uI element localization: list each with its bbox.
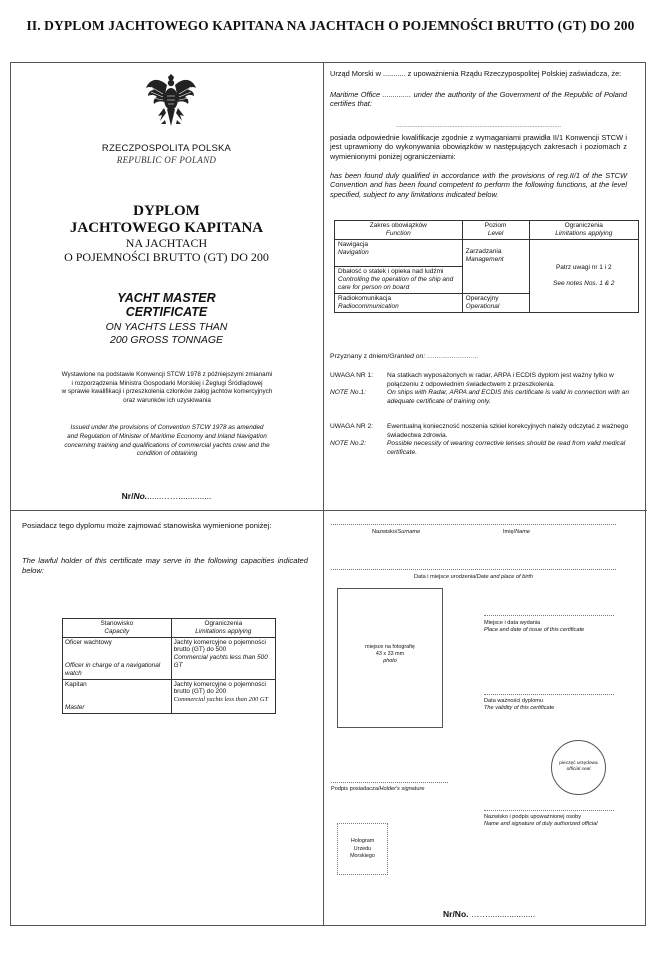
level-cell: ZarzadzaniaManagement bbox=[462, 240, 529, 294]
name-label-en: Name bbox=[515, 529, 530, 535]
validity-label-pl: Data ważności dyplomu bbox=[484, 698, 554, 705]
capacity-en: Master bbox=[65, 704, 169, 712]
note-row-en: NOTE No.1:On ships with Radar, ARPA and … bbox=[330, 389, 630, 406]
vertical-fold-divider bbox=[323, 62, 324, 926]
granted-label-pl: Przyznany z dniem/ bbox=[330, 353, 389, 360]
header-en: Limitations applying bbox=[533, 230, 635, 238]
official-line bbox=[484, 810, 614, 811]
function-en: Controlling the operation of the ship an… bbox=[338, 276, 459, 292]
level-en: Operational bbox=[466, 303, 526, 311]
header-pl: Poziom bbox=[466, 222, 526, 230]
photo-caption-line: miejsce na fotografię bbox=[338, 644, 442, 651]
horizontal-page-divider bbox=[10, 510, 647, 511]
function-cell: NawigacjaNavigation bbox=[335, 240, 463, 267]
issued-en-line: condition of obtaining bbox=[18, 450, 316, 459]
issued-basis-en: Issued under the provisions of Conventio… bbox=[18, 424, 316, 459]
header-en: Capacity bbox=[65, 628, 169, 636]
name-label-pl: Imię/ bbox=[503, 529, 515, 535]
note-label-pl: UWAGA NR 1: bbox=[330, 372, 387, 389]
number-value: …….................... bbox=[469, 909, 536, 919]
polish-eagle-emblem-icon bbox=[143, 70, 199, 130]
header-en: Limitations applying bbox=[174, 628, 273, 636]
function-pl: Radiokomunikacja bbox=[338, 295, 459, 303]
official-label: Nazwisko i podpis upoważnionej osobyName… bbox=[484, 814, 598, 828]
capacities-intro-pl: Posiadacz tego dyplomu może zajmować sta… bbox=[22, 521, 308, 531]
limit-en: Commercial yachts less than 500 GT bbox=[174, 654, 273, 670]
note-row-pl: UWAGA NR 2:Ewentualną konieczność noszen… bbox=[330, 423, 630, 440]
issue-label-en: Place and date of issue of this certific… bbox=[484, 627, 584, 634]
functions-table: Zakres obowiązkówFunction PoziomLevel Og… bbox=[334, 220, 639, 313]
official-seal-placeholder: pieczęć urzędowaofficial seal bbox=[551, 740, 606, 795]
note-2: UWAGA NR 2:Ewentualną konieczność noszen… bbox=[330, 423, 630, 457]
note-row-en: NOTE No.2:Possible necessity of wearing … bbox=[330, 440, 630, 457]
title-en-line4: 200 GROSS TONNAGE bbox=[10, 334, 323, 346]
header-en: Function bbox=[338, 230, 459, 238]
issue-label: Miejsce i data wydaniaPlace and date of … bbox=[484, 620, 584, 634]
note-label-en: NOTE No.2: bbox=[330, 440, 387, 457]
limit-pl: Jachty komercyjne o pojemności brutto (G… bbox=[174, 639, 273, 655]
issued-pl-line: oraz warunków ich uzyskiwania bbox=[18, 397, 316, 406]
number-label-pl: Nr/ bbox=[122, 491, 134, 501]
birth-label-en: Date and place of birth bbox=[477, 574, 533, 580]
capacity-pl: Kapitan bbox=[65, 681, 169, 689]
issue-label-pl: Miejsce i data wydania bbox=[484, 620, 584, 627]
holder-name-dots: ........................................… bbox=[330, 123, 627, 129]
function-cell: RadiokomunikacjaRadiocommunication bbox=[335, 294, 463, 313]
note-label-en: NOTE No.1: bbox=[330, 389, 387, 406]
page-title: II. DYPLOM JACHTOWEGO KAPITANA NA JACHTA… bbox=[0, 18, 661, 34]
issued-pl-line: i rozporządzenia Ministra Gospodarki Mor… bbox=[18, 380, 316, 389]
level-pl: Operacyjny bbox=[466, 295, 526, 303]
country-name-pl: RZECZPOSPOLITA POLSKA bbox=[10, 143, 323, 154]
surname-name-line bbox=[331, 524, 616, 525]
level-cell: OperacyjnyOperational bbox=[462, 294, 529, 313]
title-en-line3: ON YACHTS LESS THAN bbox=[10, 321, 323, 333]
seal-en: official seal bbox=[552, 767, 605, 773]
photo-placeholder: miejsce na fotografię 43 x 33 mm photo bbox=[337, 588, 443, 728]
official-label-en: Name and signature of duly authorized of… bbox=[484, 821, 598, 828]
granted-label-en: Granted on: bbox=[389, 353, 425, 360]
qualified-text-en: has been found duly qualified in accorda… bbox=[330, 171, 627, 199]
certification-intro-pl: Urząd Morski w ........... z upoważnieni… bbox=[330, 69, 627, 78]
functions-table-header: Zakres obowiązkówFunction PoziomLevel Og… bbox=[335, 221, 639, 240]
birth-line bbox=[331, 569, 616, 570]
header-pl: Zakres obowiązków bbox=[338, 222, 459, 230]
issued-pl-line: w sprawie kwalifikacji i przeszkolenia c… bbox=[18, 388, 316, 397]
issued-en-line: concerning training and qualifications o… bbox=[18, 442, 316, 451]
function-pl: Dbałość o statek i opieka nad ludźmi bbox=[338, 268, 459, 276]
signature-label: Podpis posiadacza/Holder's signature bbox=[331, 786, 424, 793]
note-label-pl: UWAGA NR 2: bbox=[330, 423, 387, 440]
granted-dots: ........................... bbox=[425, 353, 478, 360]
number-label-en: No. bbox=[133, 491, 147, 501]
hologram-line: Urzedu bbox=[338, 846, 387, 854]
title-pl-line4: O POJEMNOŚCI BRUTTO (GT) DO 200 bbox=[10, 250, 323, 265]
limitations-cell: Patrz uwagi nr 1 i 2See notes Nos. 1 & 2 bbox=[529, 240, 638, 313]
note-text-pl: Ewentualną konieczność noszenia szkieł k… bbox=[387, 423, 630, 440]
limit-cell: Jachty komercyjne o pojemności brutto (G… bbox=[171, 637, 275, 679]
name-label: Imię/Name bbox=[503, 529, 530, 536]
hologram-line: Hologram bbox=[338, 838, 387, 846]
certificate-number-back: Nr/No. …….................... bbox=[443, 909, 535, 919]
limitations-en: See notes Nos. 1 & 2 bbox=[533, 280, 635, 288]
granted-on: Przyznany z dniem/Granted on: ..........… bbox=[330, 353, 478, 360]
photo-caption-line: 43 x 33 mm bbox=[338, 651, 442, 658]
function-en: Navigation bbox=[338, 249, 459, 257]
issued-en-line: Issued under the provisions of Conventio… bbox=[18, 424, 316, 433]
title-pl-line2: JACHTOWEGO KAPITANA bbox=[10, 220, 323, 237]
header-function: Zakres obowiązkówFunction bbox=[335, 221, 463, 240]
title-en-line1: YACHT MASTER bbox=[10, 291, 323, 305]
header-pl: Stanowisko bbox=[65, 620, 169, 628]
hologram-caption: Hologram Urzedu Morskiego bbox=[338, 838, 387, 861]
level-en: Management bbox=[466, 256, 526, 264]
surname-label: Nazwisko/Surname bbox=[372, 529, 420, 536]
number-label: Nr/No. bbox=[443, 909, 469, 919]
signature-label-en: Holder's signature bbox=[380, 786, 425, 792]
issued-basis-pl: Wystawione na podstawie Konwencji STCW 1… bbox=[18, 371, 316, 405]
birth-label-pl: Data i miejsce urodzenia/ bbox=[414, 574, 477, 580]
issued-pl-line: Wystawione na podstawie Konwencji STCW 1… bbox=[18, 371, 316, 380]
limit-cell: Jachty komercyjne o pojemności brutto (G… bbox=[171, 679, 275, 713]
signature-label-pl: Podpis posiadacza/ bbox=[331, 786, 380, 792]
surname-label-en: Surname bbox=[398, 529, 421, 535]
function-cell: Dbałość o statek i opieka nad ludźmiCont… bbox=[335, 267, 463, 294]
hologram-placeholder: Hologram Urzedu Morskiego bbox=[337, 823, 388, 875]
photo-caption: miejsce na fotografię 43 x 33 mm photo bbox=[338, 644, 442, 665]
number-value: ......…….............. bbox=[147, 491, 211, 501]
header-limitations: OgraniczeniaLimitations applying bbox=[171, 619, 275, 638]
signature-line bbox=[331, 782, 448, 783]
limit-pl: Jachty komercyjne o pojemności brutto (G… bbox=[174, 681, 273, 697]
note-text-en: Possible necessity of wearing corrective… bbox=[387, 440, 630, 457]
capacity-cell: Oficer wachtowy Officer in charge of a n… bbox=[63, 637, 172, 679]
capacities-intro-en: The lawful holder of this certificate ma… bbox=[22, 556, 308, 575]
capacity-cell: Kapitan Master bbox=[63, 679, 172, 713]
header-pl: Ograniczenia bbox=[533, 222, 635, 230]
header-level: PoziomLevel bbox=[462, 221, 529, 240]
function-en: Radiocommunication bbox=[338, 303, 459, 311]
birth-label: Data i miejsce urodzenia/Date and place … bbox=[331, 574, 616, 581]
official-label-pl: Nazwisko i podpis upoważnionej osoby bbox=[484, 814, 598, 821]
validity-label-en: The validity of this certificate bbox=[484, 705, 554, 712]
table-row: NawigacjaNavigation ZarzadzaniaManagemen… bbox=[335, 240, 639, 267]
header-capacity: StanowiskoCapacity bbox=[63, 619, 172, 638]
validity-line bbox=[484, 694, 614, 695]
title-en-line2: CERTIFICATE bbox=[10, 305, 323, 319]
validity-label: Data ważności dyplomuThe validity of thi… bbox=[484, 698, 554, 712]
header-pl: Ograniczenia bbox=[174, 620, 273, 628]
note-text-pl: Na statkach wyposażonych w radar, ARPA i… bbox=[387, 372, 630, 389]
function-pl: Nawigacja bbox=[338, 241, 459, 249]
header-en: Level bbox=[466, 230, 526, 238]
country-name-en: REPUBLIC OF POLAND bbox=[10, 155, 323, 165]
title-pl-line1: DYPLOM bbox=[10, 203, 323, 220]
capacity-pl: Oficer wachtowy bbox=[65, 639, 169, 647]
note-1: UWAGA NR 1:Na statkach wyposażonych w ra… bbox=[330, 372, 630, 406]
photo-caption-line: photo bbox=[338, 658, 442, 665]
table-row: Oficer wachtowy Officer in charge of a n… bbox=[63, 637, 276, 679]
capacities-table-header: StanowiskoCapacity OgraniczeniaLimitatio… bbox=[63, 619, 276, 638]
capacity-en: Officer in charge of a navigational watc… bbox=[65, 662, 169, 678]
certificate-number-cover: Nr/No.......…….............. bbox=[10, 491, 323, 501]
limit-en: Commercial yachts less than 200 GT bbox=[174, 696, 273, 704]
capacities-table: StanowiskoCapacity OgraniczeniaLimitatio… bbox=[62, 618, 276, 714]
seal-caption: pieczęć urzędowaofficial seal bbox=[552, 761, 605, 773]
note-text-en: On ships with Radar, ARPA and ECDIS this… bbox=[387, 389, 630, 406]
header-limitations: OgraniczeniaLimitations applying bbox=[529, 221, 638, 240]
table-row: Kapitan Master Jachty komercyjne o pojem… bbox=[63, 679, 276, 713]
title-pl-line3: NA JACHTACH bbox=[10, 236, 323, 251]
limitations-pl: Patrz uwagi nr 1 i 2 bbox=[533, 264, 635, 272]
certification-intro-en: Maritime Office .............. under the… bbox=[330, 90, 627, 109]
qualified-text-pl: posiada odpowiednie kwalifikacje zgodnie… bbox=[330, 133, 627, 161]
issue-line bbox=[484, 615, 614, 616]
surname-label-pl: Nazwisko/ bbox=[372, 529, 398, 535]
issued-en-line: and Regulation of Minister of Maritime E… bbox=[18, 433, 316, 442]
hologram-line: Morskiego bbox=[338, 853, 387, 861]
level-pl: Zarzadzania bbox=[466, 248, 526, 256]
note-row-pl: UWAGA NR 1:Na statkach wyposażonych w ra… bbox=[330, 372, 630, 389]
